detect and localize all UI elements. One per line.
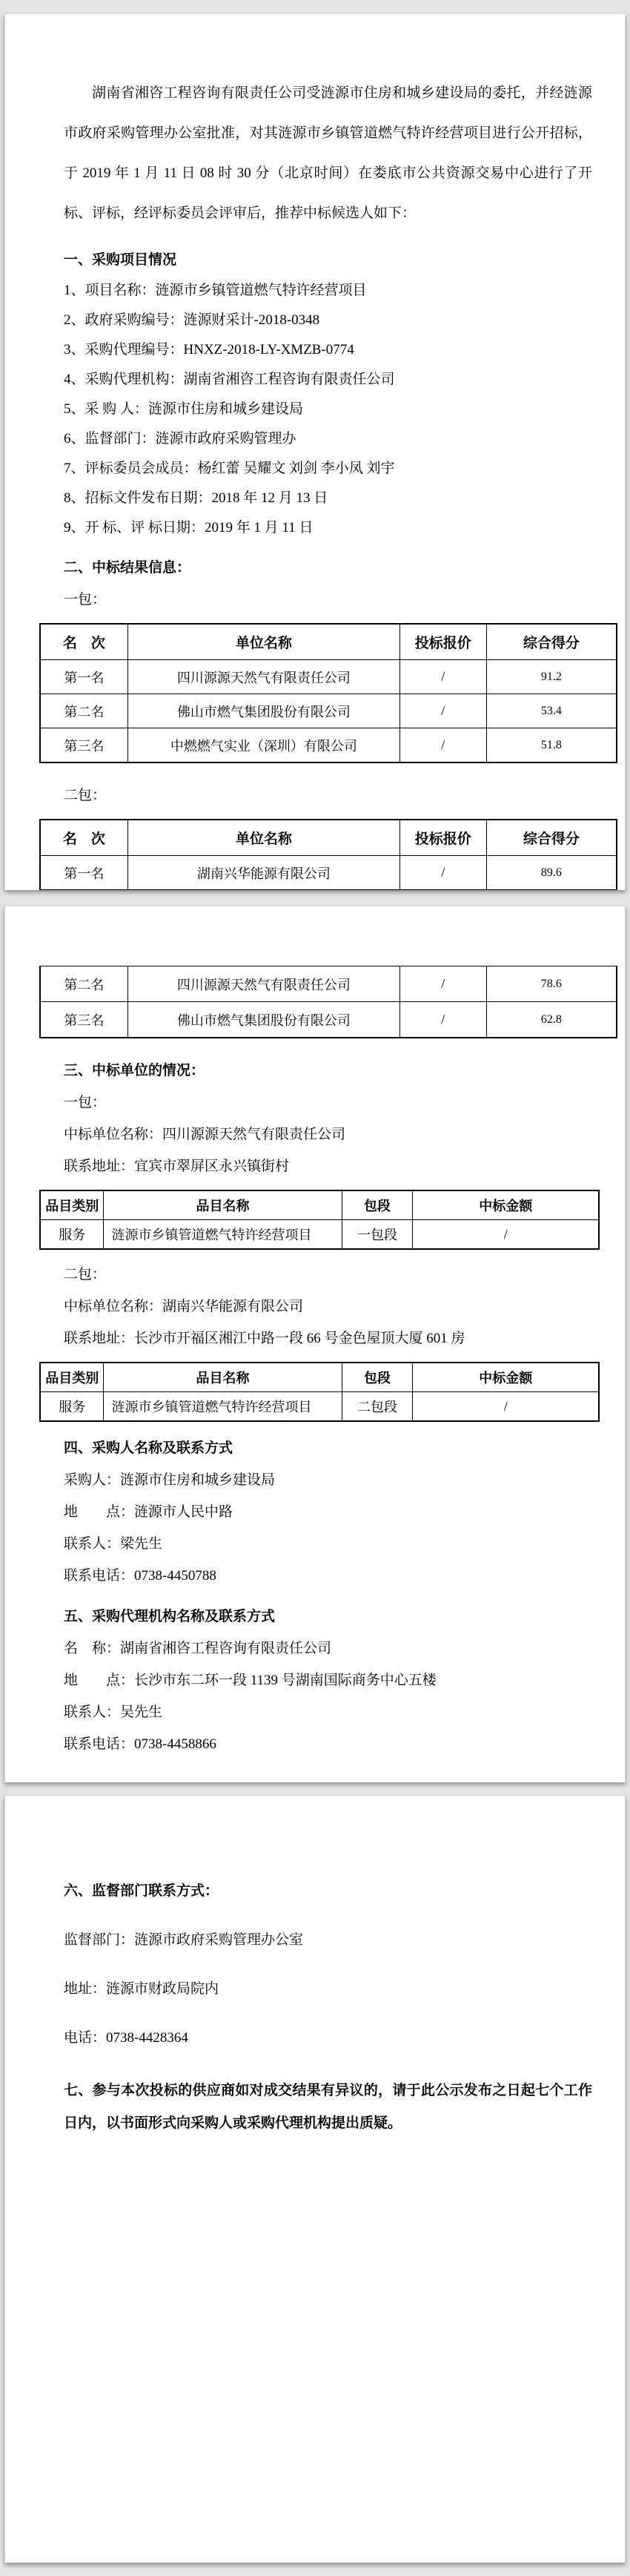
cell-score: 78.6 [486,966,617,1002]
table-row: 服务 涟源市乡镇管道燃气特许经营项目 二包段 / [40,1392,599,1422]
header-company: 单位名称 [127,820,399,856]
list-item: 8、招标文件发布日期：2018 年 12 月 13 日 [64,484,595,513]
header-rank: 名 次 [40,624,127,660]
buyer-contact-line: 联系人：梁先生 [64,1528,595,1560]
cell-category: 服务 [40,1392,104,1422]
cell-company: 中燃燃气实业（深圳）有限公司 [127,728,399,763]
table-header-row: 名 次 单位名称 投标报价 综合得分 [40,820,617,856]
header-category: 品目类别 [40,1363,104,1392]
section-5-title: 五、采购代理机构名称及联系方式 [64,1601,595,1633]
header-category: 品目类别 [40,1190,104,1220]
table-row: 第一名 湖南兴华能源有限公司 / 89.6 [40,856,617,891]
list-item: 2、政府采购编号：涟源财采计-2018-0348 [64,306,595,335]
section-7-objection-notice: 七、参与本次投标的供应商如对成交结果有异议的，请于此公示发布之日起七个工作日内，… [64,2075,592,2140]
cell-company: 湖南兴华能源有限公司 [127,856,399,891]
cell-lot: 二包段 [342,1392,413,1422]
cell-rank: 第三名 [40,728,127,763]
header-award-amount: 中标金额 [413,1363,599,1392]
cell-score: 51.8 [486,728,617,763]
list-item: 9、开 标、评 标日期：2019 年 1 月 11 日 [64,513,595,543]
header-item-name: 品目名称 [104,1190,342,1220]
table-row: 第二名 佛山市燃气集团股份有限公司 / 53.4 [40,694,617,728]
cell-lot: 一包段 [342,1220,413,1250]
cell-bid-price: / [399,856,486,891]
table-header-row: 品目类别 品目名称 包段 中标金额 [40,1363,599,1392]
table-row: 第二名 四川源源天然气有限责任公司 / 78.6 [40,966,617,1002]
cell-company: 四川源源天然气有限责任公司 [127,966,399,1002]
award-detail-table-package-1: 品目类别 品目名称 包段 中标金额 服务 涟源市乡镇管道燃气特许经营项目 一包段… [39,1190,600,1250]
table-header-row: 品目类别 品目名称 包段 中标金额 [40,1190,599,1220]
table-row: 第三名 中燃燃气实业（深圳）有限公司 / 51.8 [40,728,617,763]
winner-address-line: 联系地址：长沙市开福区湘江中路一段 66 号金色屋顶大厦 601 房 [64,1322,595,1354]
page-3: 六、监督部门联系方式： 监督部门：涟源市政府采购管理办公室 地址：涟源市财政局院… [4,1796,626,2563]
cell-bid-price: / [399,694,486,728]
package-2-label: 二包： [64,780,595,811]
cell-rank: 第一名 [40,856,127,891]
header-lot: 包段 [342,1190,413,1220]
cell-award-amount: / [413,1220,599,1250]
cell-company: 佛山市燃气集团股份有限公司 [127,694,399,728]
project-info-list: 1、项目名称：涟源市乡镇管道燃气特许经营项目 2、政府采购编号：涟源财采计-20… [5,276,625,543]
section-2-title: 二、中标结果信息： [64,552,595,584]
supervisor-address-line: 地址：涟源市财政局院内 [64,1965,595,2014]
list-item: 7、评标委员会成员：杨红蕾 吴耀文 刘剑 李小凤 刘宇 [64,454,595,484]
document-viewer-canvas: { "colors": { "canvas_bg": "#e4e4e4", "p… [0,0,630,2576]
cell-score: 91.2 [486,660,617,694]
header-bid-price: 投标报价 [399,624,486,660]
buyer-address-line: 地 点：涟源市人民中路 [64,1496,595,1528]
header-rank: 名 次 [40,820,127,856]
section-1-title: 一、采购项目情况 [64,244,595,276]
buyer-name-line: 采购人：涟源市住房和城乡建设局 [64,1464,595,1496]
header-award-amount: 中标金额 [413,1190,599,1220]
bid-results-table-package-2: 名 次 单位名称 投标报价 综合得分 第一名 湖南兴华能源有限公司 / 89.6 [39,819,617,890]
agency-name-line: 名 称：湖南省湘咨工程咨询有限责任公司 [64,1633,595,1664]
cell-item-name: 涟源市乡镇管道燃气特许经营项目 [104,1220,342,1250]
winner-name-line: 中标单位名称：湖南兴华能源有限公司 [64,1291,595,1322]
cell-award-amount: / [413,1392,599,1422]
cell-bid-price: / [399,660,486,694]
agency-contact-line: 联系人：吴先生 [64,1696,595,1728]
header-company: 单位名称 [127,624,399,660]
cell-rank: 第二名 [40,694,127,728]
section-3-title: 三、中标单位的情况： [64,1055,595,1087]
list-item: 5、采 购 人：涟源市住房和城乡建设局 [64,395,595,424]
page-1: 湖南省湘咨工程咨询有限责任公司受涟源市住房和城乡建设局的委托，并经涟源市政府采购… [4,14,626,890]
winner-name-line: 中标单位名称：四川源源天然气有限责任公司 [64,1119,595,1150]
table-row: 第三名 佛山市燃气集团股份有限公司 / 62.8 [40,1002,617,1038]
agency-address-line: 地 点：长沙市东二环一段 1139 号湖南国际商务中心五楼 [64,1664,595,1696]
cell-rank: 第三名 [40,1002,127,1038]
section-4-title: 四、采购人名称及联系方式 [64,1432,595,1464]
cell-bid-price: / [399,966,486,1002]
header-score: 综合得分 [486,820,617,856]
award-detail-table-package-2: 品目类别 品目名称 包段 中标金额 服务 涟源市乡镇管道燃气特许经营项目 二包段… [39,1362,600,1422]
list-item: 6、监督部门：涟源市政府采购管理办 [64,424,595,454]
bid-results-table-package-2-continued: 第二名 四川源源天然气有限责任公司 / 78.6 第三名 佛山市燃气集团股份有限… [39,966,617,1038]
package-1-label: 一包： [64,584,595,616]
header-bid-price: 投标报价 [399,820,486,856]
cell-score: 53.4 [486,694,617,728]
agency-phone-line: 联系电话：0738-4458866 [64,1728,595,1760]
cell-rank: 第一名 [40,660,127,694]
table-row: 第一名 四川源源天然气有限责任公司 / 91.2 [40,660,617,694]
intro-paragraph: 湖南省湘咨工程咨询有限责任公司受涟源市住房和城乡建设局的委托，并经涟源市政府采购… [64,73,592,234]
cell-bid-price: / [399,728,486,763]
header-lot: 包段 [342,1363,413,1392]
cell-item-name: 涟源市乡镇管道燃气特许经营项目 [104,1392,342,1422]
cell-company: 佛山市燃气集团股份有限公司 [127,1002,399,1038]
bid-results-table-package-1: 名 次 单位名称 投标报价 综合得分 第一名 四川源源天然气有限责任公司 / 9… [39,623,617,763]
table-header-row: 名 次 单位名称 投标报价 综合得分 [40,624,617,660]
header-score: 综合得分 [486,624,617,660]
supervisor-phone-line: 电话：0738-4428364 [64,2014,595,2063]
cell-company: 四川源源天然气有限责任公司 [127,660,399,694]
page-2: 第二名 四川源源天然气有限责任公司 / 78.6 第三名 佛山市燃气集团股份有限… [4,906,626,1782]
header-item-name: 品目名称 [104,1363,342,1392]
cell-category: 服务 [40,1220,104,1250]
package-1-label: 一包： [64,1087,595,1119]
winner-address-line: 联系地址：宜宾市翠屏区永兴镇街村 [64,1150,595,1182]
supervisor-name-line: 监督部门：涟源市政府采购管理办公室 [64,1916,595,1965]
list-item: 3、采购代理编号：HNXZ-2018-LY-XMZB-0774 [64,335,595,365]
section-6-title: 六、监督部门联系方式： [64,1867,595,1916]
cell-score: 89.6 [486,856,617,891]
table-row: 服务 涟源市乡镇管道燃气特许经营项目 一包段 / [40,1220,599,1250]
cell-rank: 第二名 [40,966,127,1002]
list-item: 4、采购代理机构：湖南省湘咨工程咨询有限责任公司 [64,365,595,395]
buyer-phone-line: 联系电话：0738-4450788 [64,1560,595,1592]
cell-score: 62.8 [486,1002,617,1038]
package-2-label: 二包： [64,1259,595,1291]
cell-bid-price: / [399,1002,486,1038]
list-item: 1、项目名称：涟源市乡镇管道燃气特许经营项目 [64,276,595,306]
